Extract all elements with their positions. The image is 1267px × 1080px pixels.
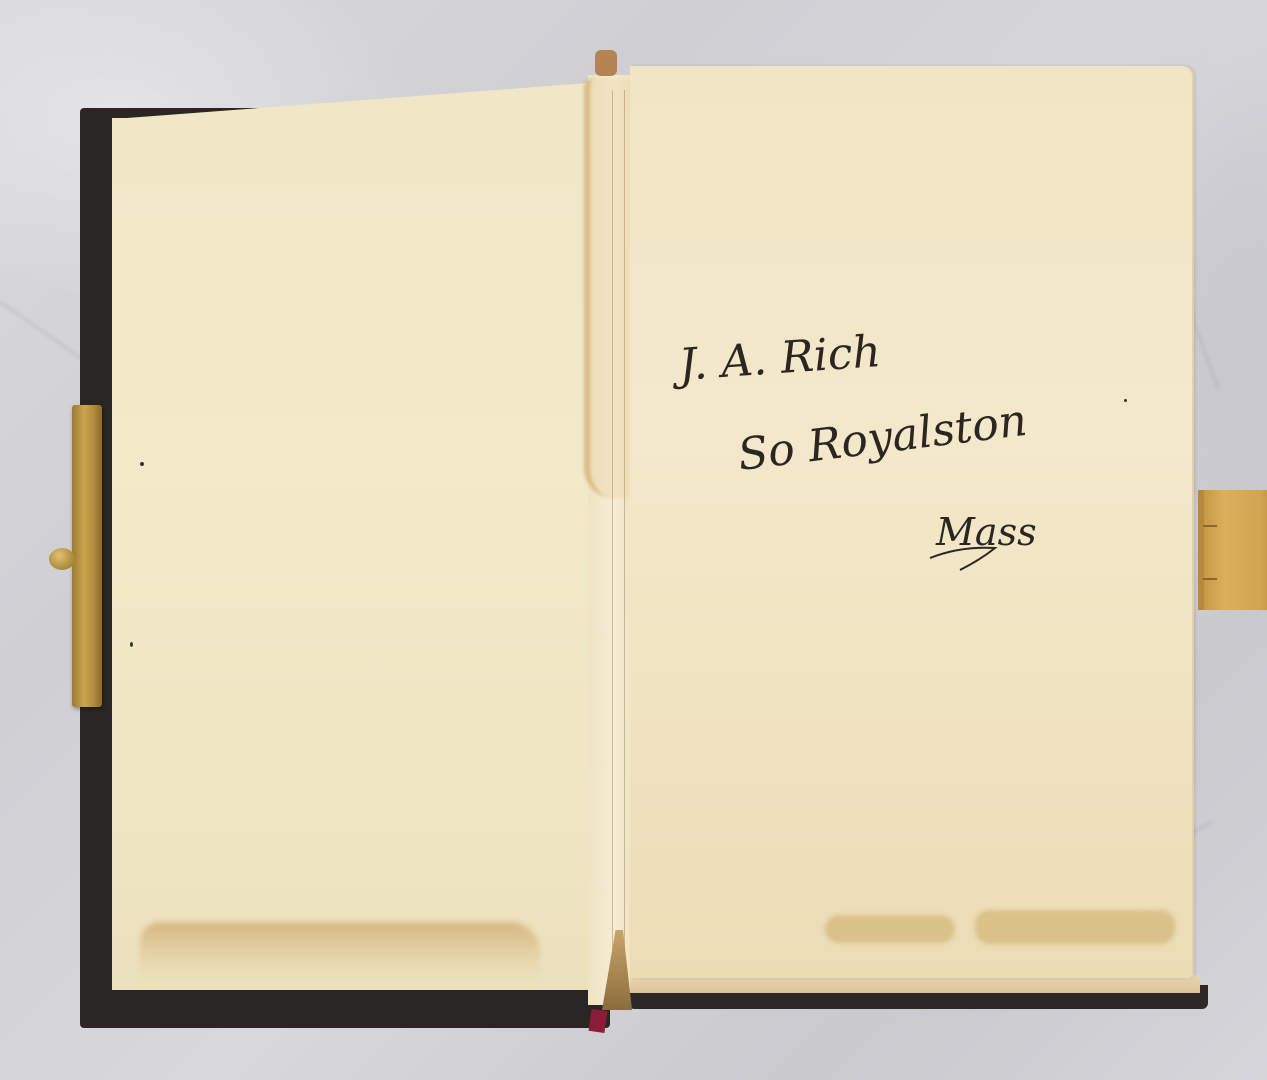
gutter-fold: [612, 90, 613, 1000]
brass-clasp-catch[interactable]: [1198, 490, 1267, 610]
ink-speck: [1124, 399, 1127, 402]
left-endpaper: [112, 118, 602, 990]
water-stain: [975, 910, 1175, 944]
gutter-fold: [624, 90, 625, 1000]
water-stain: [140, 922, 540, 982]
water-stain: [825, 915, 955, 943]
brass-clasp-bar[interactable]: [72, 405, 102, 707]
ink-speck: [140, 462, 144, 466]
clasp-knob[interactable]: [49, 548, 75, 570]
bookmark-ribbon[interactable]: [589, 1009, 608, 1033]
inscription-script: J. A. Rich So Royalston Mass: [660, 320, 1080, 580]
clasp-hinge: [1203, 578, 1217, 580]
inscription-line-2: So Royalston: [735, 395, 1030, 481]
inscription-line-1: J. A. Rich: [669, 326, 882, 392]
clasp-hinge: [1203, 525, 1217, 527]
spine-fray: [595, 50, 617, 76]
handwritten-inscription: J. A. Rich So Royalston Mass: [660, 320, 1080, 580]
ink-speck: [130, 642, 133, 647]
